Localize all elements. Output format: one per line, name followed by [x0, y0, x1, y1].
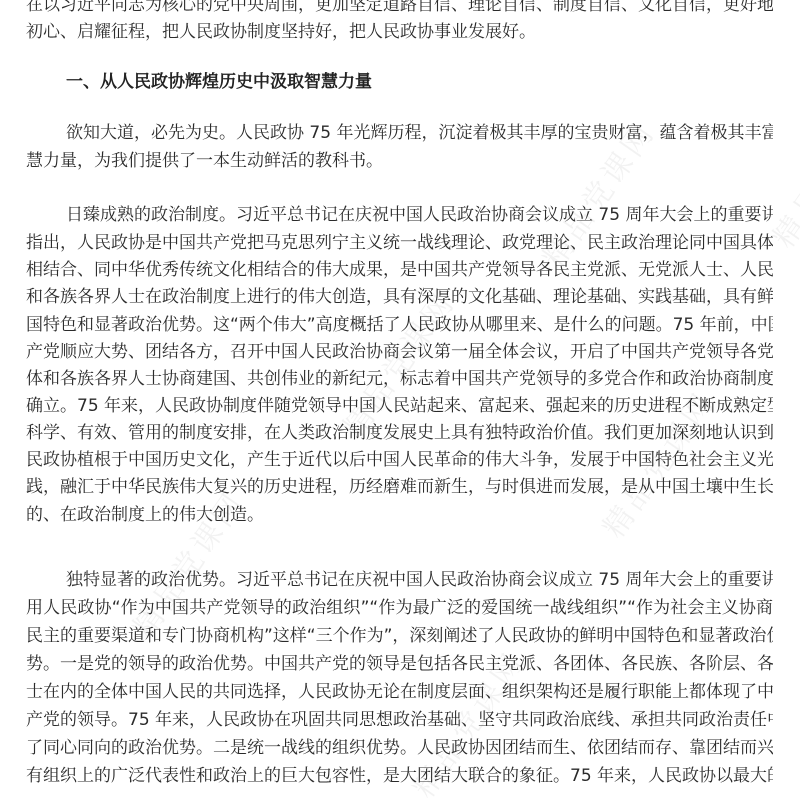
paragraph-line: 和各族各界人士在政治制度上进行的伟大创造，具有深厚的文化基础、理论基础、实践基础… — [26, 283, 773, 311]
paragraph-line: 相结合、同中华优秀传统文化相结合的伟大成果，是中国共产党领导各民主党派、无党派人… — [26, 256, 773, 284]
paragraph-line: 了同心同向的政治优势。二是统一战线的组织优势。人民政协因团结而生、依团结而存、靠… — [26, 734, 773, 762]
paragraph-line: 独特显著的政治优势。习近平总书记在庆祝中国人民政治协商会议成立 75 周年大会上… — [66, 566, 773, 594]
paragraph-line: 产党的领导。75 年来，人民政协在巩固共同思想政治基础、坚守共同政治底线、承担共… — [26, 706, 773, 734]
paragraph-line: 慧力量，为我们提供了一本生动鲜活的教科书。 — [26, 147, 773, 175]
document-page: 精品党课网 精品党课网 精品党课网 精品党课网 精品党课网 精品党课网 在以习近… — [0, 0, 800, 800]
paragraph-line: 用人民政协“作为中国共产党领导的政治组织”“作为最广泛的爱国统一战线组织”“作为… — [26, 594, 773, 622]
paragraph-line: 欲知大道，必先为史。人民政协 75 年光辉历程，沉淀着极其丰厚的宝贵财富，蕴含着… — [66, 119, 773, 147]
intro-line: 初心、启耀征程，把人民政协制度坚持好，把人民政协事业发展好。 — [26, 18, 773, 46]
paragraph-line: 民主的重要渠道和专门协商机构”这样“三个作为”，深刻阐述了人民政协的鲜明中国特色… — [26, 622, 773, 650]
section-heading: 一、从人民政协辉煌历史中汲取智慧力量 — [66, 68, 372, 96]
paragraph-line: 日臻成熟的政治制度。习近平总书记在庆祝中国人民政治协商会议成立 75 周年大会上… — [66, 201, 773, 229]
paragraph-line: 体和各族各界人士协商建国、共创伟业的新纪元，标志着中国共产党领导的多党合作和政治… — [26, 365, 773, 393]
intro-line: 在以习近平同志为核心的党中央周围，更加坚定道路自信、理论自信、制度自信、文化自信… — [26, 0, 773, 19]
paragraph-line: 确立。75 年来，人民政协制度伴随党领导中国人民站起来、富起来、强起来的历史进程… — [26, 392, 773, 420]
paragraph-line: 科学、有效、管用的制度安排，在人类政治制度发展史上具有独特政治价值。我们更加深刻… — [26, 419, 773, 447]
paragraph-line: 国特色和显著政治优势。这“两个伟大”高度概括了人民政协从哪里来、是什么的问题。7… — [26, 311, 773, 339]
paragraph-line: 士在内的全体中国人民的共同选择，人民政协无论在制度层面、组织架构还是履行职能上都… — [26, 678, 773, 706]
paragraph-line: 产党顺应大势、团结各方，召开中国人民政治协商会议第一届全体会议，开启了中国共产党… — [26, 338, 773, 366]
paragraph-line: 指出，人民政协是中国共产党把马克思列宁主义统一战线理论、政党理论、民主政治理论同… — [26, 229, 773, 257]
paragraph-line: 民政协植根于中国历史文化，产生于近代以后中国人民革命的伟大斗争，发展于中国特色社… — [26, 446, 773, 474]
paragraph-line: 势。一是党的领导的政治优势。中国共产党的领导是包括各民主党派、各团体、各民族、各… — [26, 650, 773, 678]
paragraph-line: 有组织上的广泛代表性和政治上的巨大包容性，是大团结大联合的象征。75 年来，人民… — [26, 762, 773, 790]
paragraph-line: 践，融汇于中华民族伟大复兴的历史进程，历经磨难而新生，与时俱进而发展，是从中国土… — [26, 473, 773, 501]
paragraph-line: 的、在政治制度上的伟大创造。 — [26, 501, 773, 529]
